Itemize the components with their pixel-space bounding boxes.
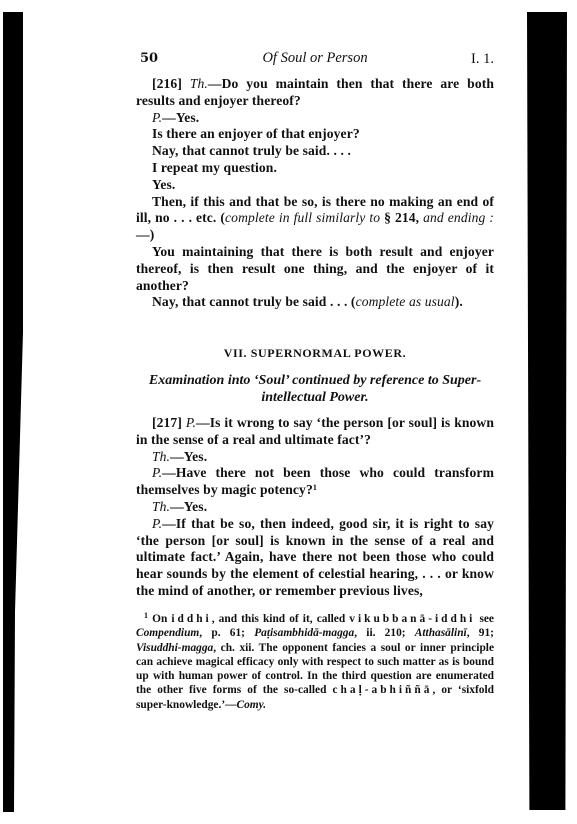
running-title: Of Soul or Person: [136, 50, 494, 67]
citation: Compendium: [136, 627, 199, 639]
paragraph: Yes.: [136, 177, 494, 194]
speaker-label: Th.: [152, 449, 170, 464]
footnote: 1 On iddhi, and this kind of it, called …: [136, 612, 494, 712]
section-heading: VII. SUPERNORMAL POWER.: [136, 346, 494, 361]
paragraph: Nay, that cannot truly be said. . . .: [136, 143, 494, 160]
paragraph-text: —Yes.: [170, 449, 207, 464]
speaker-label: Th.: [152, 499, 170, 514]
paragraph: [216] Th.—Do you maintain then that ther…: [136, 76, 494, 110]
paragraph-number: [216]: [152, 76, 182, 91]
footnote-span: , 91;: [467, 627, 494, 639]
paragraph: [217] P.—Is it wrong to say ‘the person …: [136, 415, 494, 449]
paragraph-text: Nay, that cannot truly be said . . . (: [152, 294, 356, 309]
paragraph-text: —Yes.: [170, 499, 207, 514]
speaker-label: P.: [152, 465, 162, 480]
paragraph: P.—Yes.: [136, 110, 494, 127]
footnote-span: On: [148, 613, 171, 625]
paragraph: Is there an enjoyer of that enjoyer?: [136, 126, 494, 143]
footnote-text: 1 On iddhi, and this kind of it, called …: [136, 612, 494, 712]
paragraph: Th.—Yes.: [136, 499, 494, 516]
paragraph: Nay, that cannot truly be said . . . (co…: [136, 294, 494, 311]
section-reference: § 214,: [380, 210, 423, 225]
book-page: 50 Of Soul or Person I. 1. [216] Th.—Do …: [0, 0, 577, 824]
footnote-span: , and this kind of it, called: [212, 613, 350, 625]
paragraph-text: ).: [455, 294, 463, 309]
paragraph: Th.—Yes.: [136, 449, 494, 466]
editorial-note: complete as usual: [356, 294, 455, 309]
editorial-note: and ending :: [423, 210, 494, 225]
citation: Atthasālinī: [415, 627, 467, 639]
speaker-label: P.: [152, 516, 162, 531]
footnote-span: , p. 61;: [199, 627, 254, 639]
running-header: 50 Of Soul or Person I. 1.: [136, 51, 494, 69]
speaker-label: Th.: [190, 76, 208, 91]
paragraph: I repeat my question.: [136, 160, 494, 177]
pali-term: chaḷ-abhiññā: [332, 684, 432, 696]
pali-term: vikubbanā-iddhi: [349, 613, 475, 625]
speaker-label: P.: [152, 110, 162, 125]
paragraph: Then, if this and that be so, is there n…: [136, 194, 494, 244]
paragraph-text: —If that be so, then indeed, good sir, i…: [136, 516, 494, 598]
editorial-note: complete in full similarly to: [225, 210, 380, 225]
footnote-span: see: [475, 613, 494, 625]
footnote-span: , ii. 210;: [354, 627, 415, 639]
dialogue-216: [216] Th.—Do you maintain then that ther…: [136, 76, 494, 311]
paragraph-text: —): [136, 227, 154, 242]
paragraph-text: —Yes.: [162, 110, 199, 125]
paragraph: P.—If that be so, then indeed, good sir,…: [136, 516, 494, 600]
speaker-label: P.: [186, 415, 196, 430]
citation: Visuddhi-magga: [136, 642, 213, 654]
pali-term: iddhi: [171, 613, 211, 625]
dialogue-217: [217] P.—Is it wrong to say ‘the person …: [136, 415, 494, 600]
section-subheading: Examination into ‘Soul’ continued by ref…: [136, 372, 494, 406]
paragraph-number: [217]: [152, 415, 182, 430]
citation: Paṭisambhidā-magga: [254, 627, 354, 639]
paragraph: You maintaining that there is both resul…: [136, 244, 494, 294]
footnote-marker[interactable]: 1: [313, 483, 317, 492]
paragraph: P.—Have there not been those who could t…: [136, 465, 494, 499]
citation: Comy.: [237, 699, 267, 711]
section-reference: I. 1.: [471, 51, 494, 68]
paragraph-text: —Have there not been those who could tra…: [136, 465, 494, 497]
